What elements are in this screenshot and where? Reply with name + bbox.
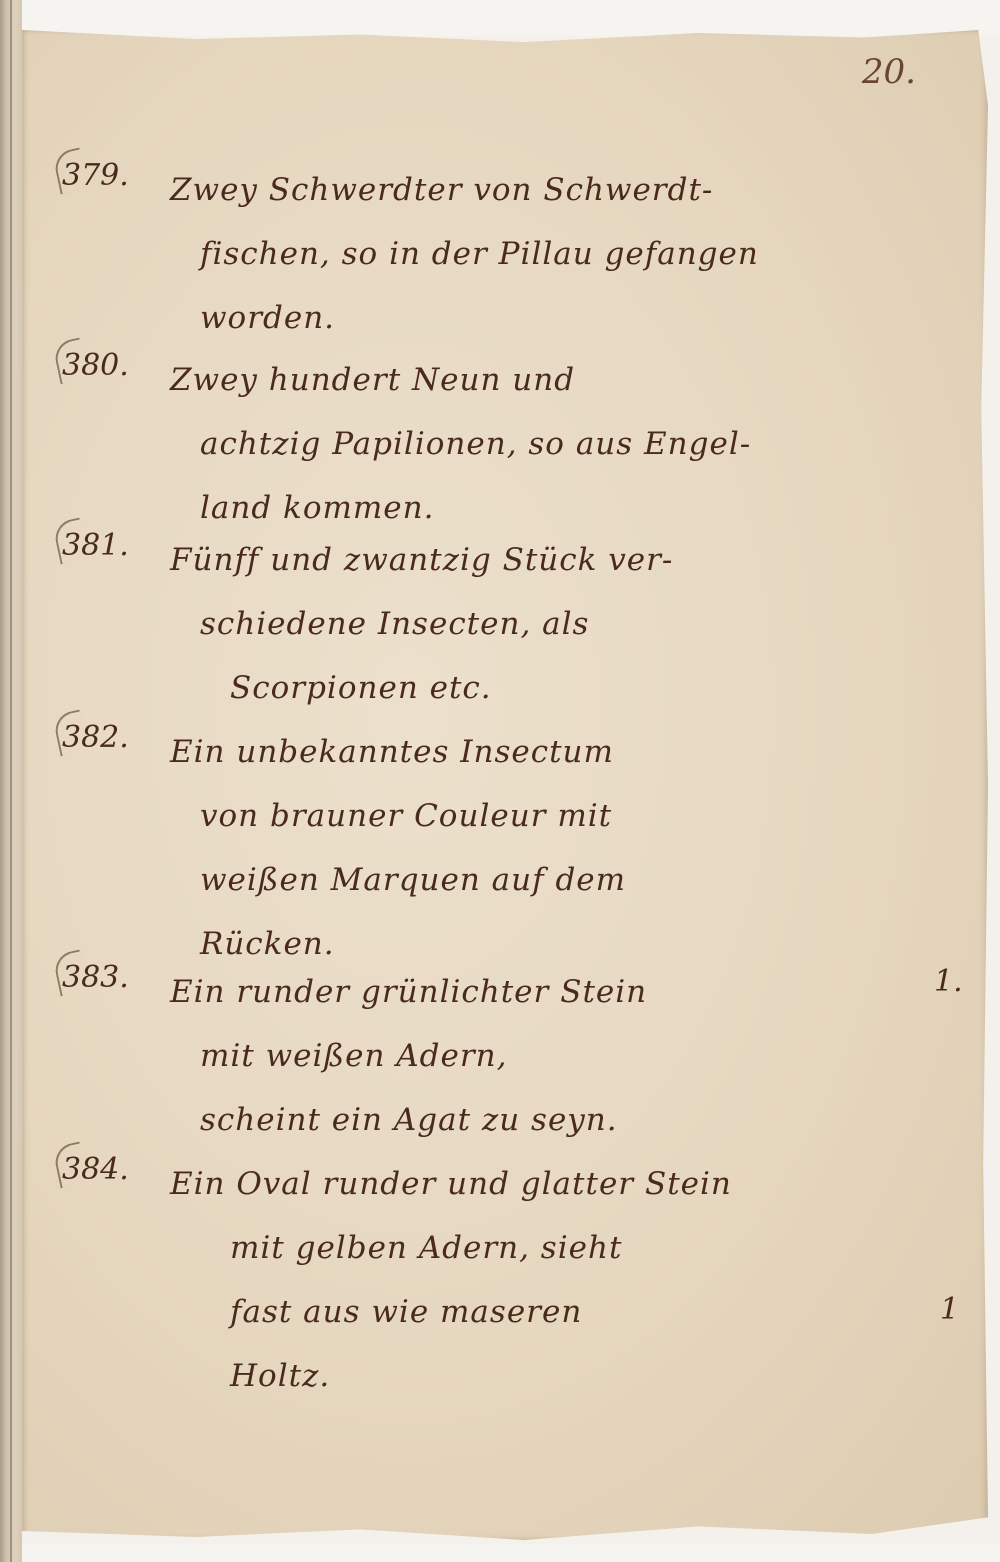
entry-line: Scorpionen etc. [170,656,673,720]
entry-number: 384. [62,1152,152,1187]
entry-line: Zwey Schwerdter von Schwerdt- [170,158,759,222]
margin-mark: 1 [940,1292,959,1327]
entry-line: Ein runder grünlichter Stein [170,960,647,1024]
entry-line: mit gelben Adern, sieht [170,1216,732,1280]
entry-line: scheint ein Agat zu seyn. [170,1088,647,1152]
entry-line: Holtz. [170,1344,732,1408]
entry-text: Ein runder grünlichter Stein mit weißen … [170,960,647,1152]
entry-line: von brauner Couleur mit [170,784,626,848]
entry-text: Ein unbekanntes Insectum von brauner Cou… [170,720,626,976]
entry-line: Zwey hundert Neun und [170,348,751,412]
entry-text: Zwey Schwerdter von Schwerdt- fischen, s… [170,158,759,350]
entry-line: fischen, so in der Pillau gefangen [170,222,759,286]
top-background [0,0,1000,36]
folio-number: 20. [862,52,916,92]
entry-number: 381. [62,528,152,563]
entry-line: fast aus wie maseren [170,1280,732,1344]
entry-text: Zwey hundert Neun und achtzig Papilionen… [170,348,751,540]
bottom-background [0,1544,1000,1562]
binding-edge [10,0,12,1562]
entry-line: achtzig Papilionen, so aus Engel- [170,412,751,476]
entry-line: weißen Marquen auf dem [170,848,626,912]
entry-line: Ein Oval runder und glatter Stein [170,1152,732,1216]
entry-line: worden. [170,286,759,350]
entry-number: 380. [62,348,152,383]
entry-line: Fünff und zwantzig Stück ver- [170,528,673,592]
entry-text: Ein Oval runder und glatter Stein mit ge… [170,1152,732,1408]
margin-mark: 1. [934,964,963,999]
manuscript-page: 20. 379. Zwey Schwerdter von Schwerdt- f… [22,30,988,1540]
entry-text: Fünff und zwantzig Stück ver- schiedene … [170,528,673,720]
entry-line: Ein unbekanntes Insectum [170,720,626,784]
entry-line: mit weißen Adern, [170,1024,647,1088]
entry-number: 383. [62,960,152,995]
entry-number: 379. [62,158,152,193]
entry-number: 382. [62,720,152,755]
entry-line: schiedene Insecten, als [170,592,673,656]
